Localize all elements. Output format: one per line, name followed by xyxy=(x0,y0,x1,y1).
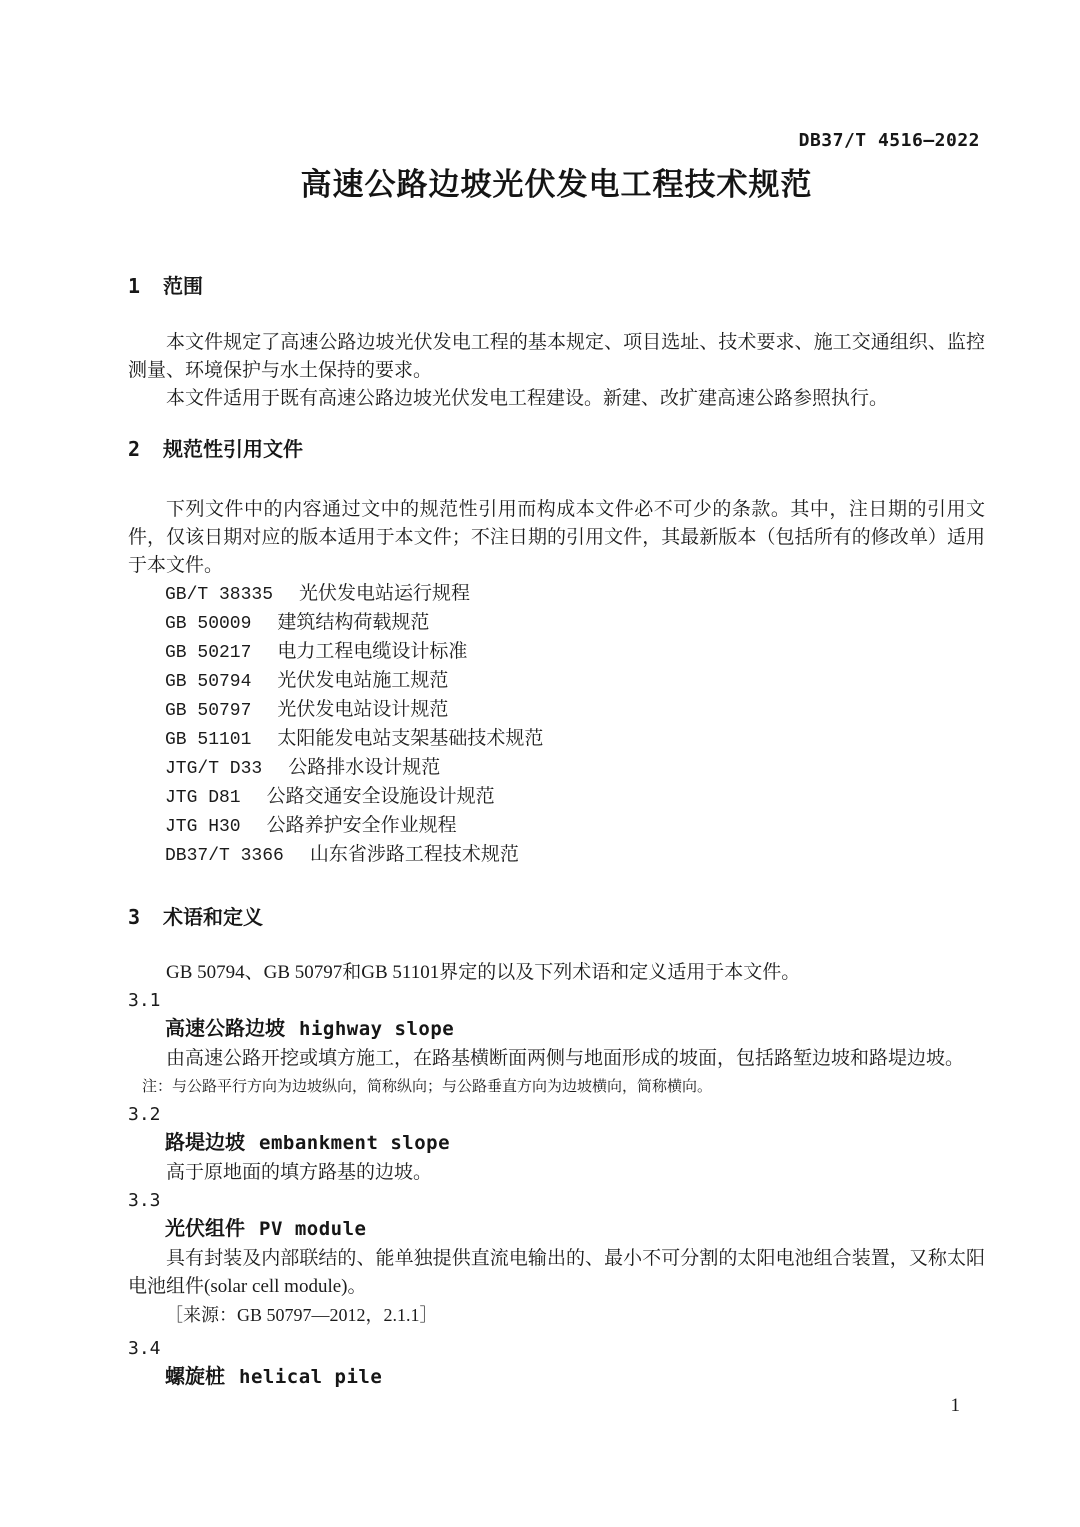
term-name: 螺旋桩helical pile xyxy=(128,1363,985,1393)
section-3-number: 3 xyxy=(128,904,163,930)
reference-name: 太阳能发电站支架基础技术规范 xyxy=(277,728,543,749)
term-definition: 由高速公路开挖或填方施工，在路基横断面两侧与地面形成的坡面，包括路堑边坡和路堤边… xyxy=(128,1045,985,1073)
term-note: 注：与公路平行方向为边坡纵向，简称纵向；与公路垂直方向为边坡横向，简称横向。 xyxy=(128,1073,985,1101)
reference-item: GB 50797光伏发电站设计规范 xyxy=(128,696,985,725)
reference-code: GB 50217 xyxy=(165,643,251,663)
normative-references-list: GB/T 38335光伏发电站运行规程 GB 50009建筑结构荷载规范 GB … xyxy=(128,580,985,870)
section-2-number: 2 xyxy=(128,436,163,462)
term-number: 3.3 xyxy=(128,1187,985,1215)
section-1-title: 范围 xyxy=(163,276,203,298)
section-2-heading: 2规范性引用文件 xyxy=(128,436,985,463)
section-1-paragraph-1: 本文件规定了高速公路边坡光伏发电工程的基本规定、项目选址、技术要求、施工交通组织… xyxy=(128,329,985,385)
document-page: DB37/T 4516—2022 高速公路边坡光伏发电工程技术规范 1范围 本文… xyxy=(0,0,1080,1527)
reference-item: JTG/T D33公路排水设计规范 xyxy=(128,754,985,783)
term-chinese: 光伏组件 xyxy=(165,1218,245,1240)
reference-item: GB/T 38335光伏发电站运行规程 xyxy=(128,580,985,609)
term-definition: 具有封装及内部联结的、能单独提供直流电输出的、最小不可分割的太阳电池组合装置，又… xyxy=(128,1245,985,1301)
term-english: helical pile xyxy=(239,1366,382,1388)
reference-item: GB 50217电力工程电缆设计标准 xyxy=(128,638,985,667)
reference-name: 光伏发电站施工规范 xyxy=(277,670,448,691)
reference-code: GB 50009 xyxy=(165,614,251,634)
term-name: 高速公路边坡highway slope xyxy=(128,1015,985,1045)
reference-name: 公路交通安全设施设计规范 xyxy=(267,786,495,807)
section-1-heading: 1范围 xyxy=(128,273,985,300)
term-name: 光伏组件PV module xyxy=(128,1215,985,1245)
reference-code: JTG/T D33 xyxy=(165,759,262,779)
term-chinese: 螺旋桩 xyxy=(165,1366,225,1388)
reference-name: 公路养护安全作业规程 xyxy=(267,815,457,836)
term-source: ［来源：GB 50797—2012，2.1.1］ xyxy=(128,1301,985,1329)
term-number: 3.4 xyxy=(128,1335,985,1363)
reference-item: GB 50009建筑结构荷载规范 xyxy=(128,609,985,638)
reference-name: 光伏发电站设计规范 xyxy=(277,699,448,720)
term-name: 路堤边坡embankment slope xyxy=(128,1129,985,1159)
term-block-3-1: 3.1 高速公路边坡highway slope 由高速公路开挖或填方施工，在路基… xyxy=(128,987,985,1101)
document-title: 高速公路边坡光伏发电工程技术规范 xyxy=(128,166,985,204)
reference-name: 建筑结构荷载规范 xyxy=(277,612,429,633)
section-1-number: 1 xyxy=(128,273,163,299)
reference-name: 电力工程电缆设计标准 xyxy=(277,641,467,662)
reference-item: JTG H30公路养护安全作业规程 xyxy=(128,812,985,841)
reference-code: GB 51101 xyxy=(165,730,251,750)
reference-code: DB37/T 3366 xyxy=(165,846,284,866)
section-1-paragraph-2: 本文件适用于既有高速公路边坡光伏发电工程建设。新建、改扩建高速公路参照执行。 xyxy=(128,385,985,413)
reference-code: GB 50797 xyxy=(165,701,251,721)
reference-name: 山东省涉路工程技术规范 xyxy=(310,844,519,865)
term-english: PV module xyxy=(259,1218,366,1240)
reference-item: JTG D81公路交通安全设施设计规范 xyxy=(128,783,985,812)
term-block-3-3: 3.3 光伏组件PV module 具有封装及内部联结的、能单独提供直流电输出的… xyxy=(128,1187,985,1329)
reference-code: JTG D81 xyxy=(165,788,241,808)
reference-item: GB 50794光伏发电站施工规范 xyxy=(128,667,985,696)
reference-name: 光伏发电站运行规程 xyxy=(299,583,470,604)
reference-code: GB/T 38335 xyxy=(165,585,273,605)
section-2-title: 规范性引用文件 xyxy=(163,439,303,461)
reference-name: 公路排水设计规范 xyxy=(288,757,440,778)
section-3-title: 术语和定义 xyxy=(163,907,263,929)
page-number: 1 xyxy=(951,1395,961,1417)
term-chinese: 路堤边坡 xyxy=(165,1132,245,1154)
term-block-3-2: 3.2 路堤边坡embankment slope 高于原地面的填方路基的边坡。 xyxy=(128,1101,985,1187)
content-column: 高速公路边坡光伏发电工程技术规范 1范围 本文件规定了高速公路边坡光伏发电工程的… xyxy=(128,0,985,1393)
term-english: highway slope xyxy=(299,1018,454,1040)
section-3-intro: GB 50794、GB 50797和GB 51101界定的以及下列术语和定义适用… xyxy=(128,959,985,987)
term-definition: 高于原地面的填方路基的边坡。 xyxy=(128,1159,985,1187)
section-2-intro: 下列文件中的内容通过文中的规范性引用而构成本文件必不可少的条款。其中，注日期的引… xyxy=(128,496,985,580)
section-3-heading: 3术语和定义 xyxy=(128,904,985,931)
term-number: 3.1 xyxy=(128,987,985,1015)
reference-code: GB 50794 xyxy=(165,672,251,692)
term-block-3-4: 3.4 螺旋桩helical pile xyxy=(128,1335,985,1393)
term-chinese: 高速公路边坡 xyxy=(165,1018,285,1040)
term-number: 3.2 xyxy=(128,1101,985,1129)
term-english: embankment slope xyxy=(259,1132,450,1154)
reference-item: DB37/T 3366山东省涉路工程技术规范 xyxy=(128,841,985,870)
reference-code: JTG H30 xyxy=(165,817,241,837)
reference-item: GB 51101太阳能发电站支架基础技术规范 xyxy=(128,725,985,754)
